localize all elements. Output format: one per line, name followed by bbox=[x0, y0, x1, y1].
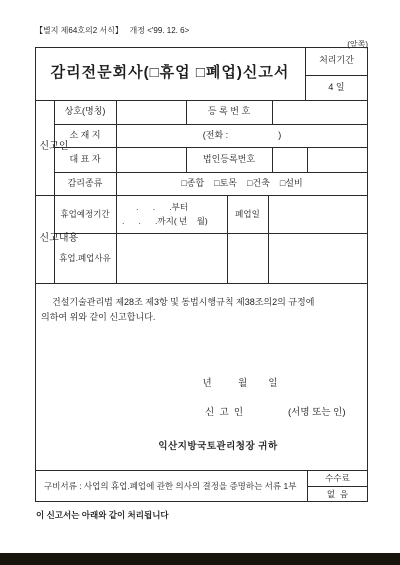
company-name-field bbox=[116, 100, 186, 124]
company-name-label: 상호(명칭) bbox=[54, 100, 116, 124]
signature-note: (서명 또는 인) bbox=[288, 404, 346, 418]
corporate-reg-no-label: 법인등록번호 bbox=[186, 147, 272, 172]
supervision-type-label: 감리종류 bbox=[54, 172, 116, 195]
scan-edge-artifact bbox=[0, 553, 400, 565]
report-section-label: 신고내용 bbox=[36, 195, 54, 283]
processing-period-label: 처리기간 bbox=[305, 47, 368, 75]
corporate-reg-no-field-2 bbox=[307, 147, 368, 172]
date-line: 년 월 일 bbox=[180, 375, 300, 389]
required-documents: 구비서류 : 사업의 휴업.폐업에 관한 의사의 결정을 증명하는 서류 1부 bbox=[44, 470, 304, 502]
representative-label: 대 표 자 bbox=[54, 147, 116, 172]
registration-no-field bbox=[272, 100, 368, 124]
checkbox-option-civil: □토목 bbox=[214, 178, 237, 189]
form-reference-note: 【별지 제64호의2 서식】 개정 <'99. 12. 6> bbox=[35, 25, 189, 36]
address-phone-field: (전화 : ) bbox=[116, 124, 368, 147]
checkbox-option-general: □종합 bbox=[181, 178, 204, 189]
representative-field bbox=[116, 147, 186, 172]
recipient-line: 익산지방국토관리청장 귀하 bbox=[148, 438, 288, 452]
suspension-period-label: 휴업예정기간 bbox=[54, 195, 116, 233]
closure-date-label: 폐업일 bbox=[227, 195, 268, 233]
processing-period-value: 4 일 bbox=[305, 75, 368, 100]
address-label: 소 재 지 bbox=[54, 124, 116, 147]
fee-value: 없 음 bbox=[307, 486, 368, 502]
scanned-form-page: 【별지 제64호의2 서식】 개정 <'99. 12. 6> (앞쪽) 감리전문… bbox=[0, 0, 400, 565]
suspension-period-field: . . .부터 . . .까지( 년 월) bbox=[122, 195, 227, 233]
grid-line bbox=[35, 283, 368, 284]
corporate-reg-no-field-1 bbox=[272, 147, 307, 172]
suspension-period-to: . . .까지( 년 월) bbox=[122, 214, 208, 228]
reason-field bbox=[116, 233, 227, 283]
registration-no-label: 등 록 번 호 bbox=[186, 100, 272, 124]
supervision-type-options: □종합 □토목 □건축 □설비 bbox=[116, 172, 368, 195]
report-section-label-text: 신고내용 bbox=[40, 232, 51, 247]
declaration-line-1: 건설기술관리법 제28조 제3항 및 동법시행규칙 제38조의2의 규정에 bbox=[52, 295, 314, 308]
signer-label: 신 고 인 bbox=[205, 404, 243, 418]
applicant-section-label-text: 신고인 bbox=[40, 140, 51, 155]
reason-label: 휴업.폐업사유 bbox=[54, 233, 116, 283]
declaration-line-2: 의하여 위와 같이 신고합니다. bbox=[41, 310, 155, 323]
processing-note: 이 신고서는 아래와 같이 처리됩니다 bbox=[36, 509, 169, 521]
suspension-period-from: . . .부터 bbox=[122, 200, 188, 214]
fee-label: 수수료 bbox=[307, 470, 368, 486]
checkbox-option-architecture: □건축 bbox=[247, 178, 270, 189]
applicant-section-label: 신고인 bbox=[36, 100, 54, 195]
checkbox-option-facility: □설비 bbox=[280, 178, 303, 189]
closure-date-field bbox=[268, 195, 368, 233]
form-title: 감리전문회사(□휴업 □폐업)신고서 bbox=[35, 47, 305, 100]
